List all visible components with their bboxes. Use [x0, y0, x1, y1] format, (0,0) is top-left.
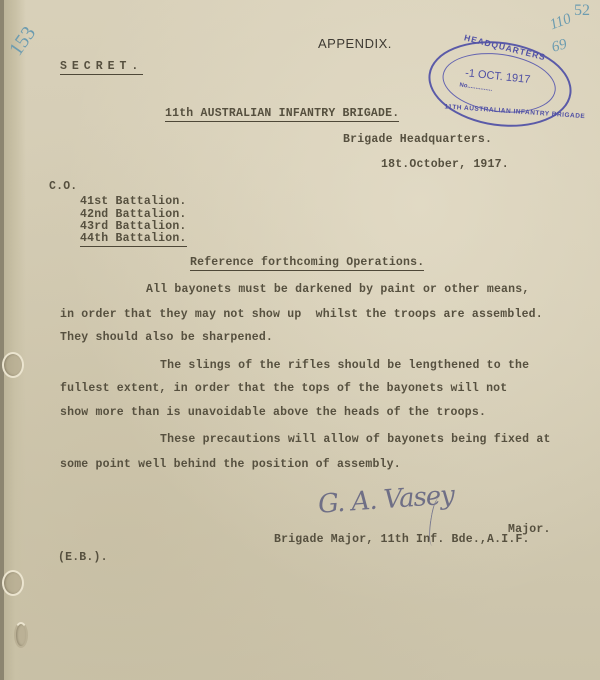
punch-hole	[2, 570, 24, 596]
appendix-label: APPENDIX.	[318, 36, 392, 51]
punch-hole	[2, 352, 24, 378]
folio-annotation-top: 110	[548, 11, 574, 34]
paragraph-line: The slings of the rifles should be lengt…	[160, 359, 529, 372]
paragraph-line: fullest extent, in order that the tops o…	[60, 382, 507, 395]
paragraph-line: show more than is unavoidable above the …	[60, 406, 486, 419]
paragraph-line: They should also be sharpened.	[60, 331, 273, 344]
paragraph-line: some point well behind the position of a…	[60, 458, 401, 471]
origin-line: Brigade Headquarters.	[343, 133, 492, 146]
document-page: 153 52 110 69 APPENDIX. HEADQUARTERS -1 …	[0, 0, 600, 680]
addressee-item: 41st Battalion.	[80, 195, 187, 208]
punch-hole-partial	[14, 622, 28, 648]
subject-heading: Reference forthcoming Operations.	[190, 256, 424, 271]
classification-heading: SECRET.	[60, 60, 143, 75]
unit-heading: 11th AUSTRALIAN INFANTRY BRIGADE.	[165, 107, 399, 122]
paragraph-line: All bayonets must be darkened by paint o…	[146, 283, 529, 296]
typist-initials: (E.B.).	[58, 551, 108, 564]
paragraph-line: in order that they may not show up whils…	[60, 308, 543, 321]
paragraph-line: These precautions will allow of bayonets…	[160, 433, 551, 446]
document-date: 18t.October, 1917.	[381, 158, 509, 171]
addressee-prefix: C.O.	[49, 180, 77, 193]
folio-number-top-right: 52	[574, 2, 590, 20]
addressee-item: 44th Battalion.	[80, 232, 187, 247]
folio-annotation-bottom: 69	[550, 36, 569, 56]
signer-title: Brigade Major, 11th Inf. Bde.,A.I.F.	[274, 533, 530, 546]
